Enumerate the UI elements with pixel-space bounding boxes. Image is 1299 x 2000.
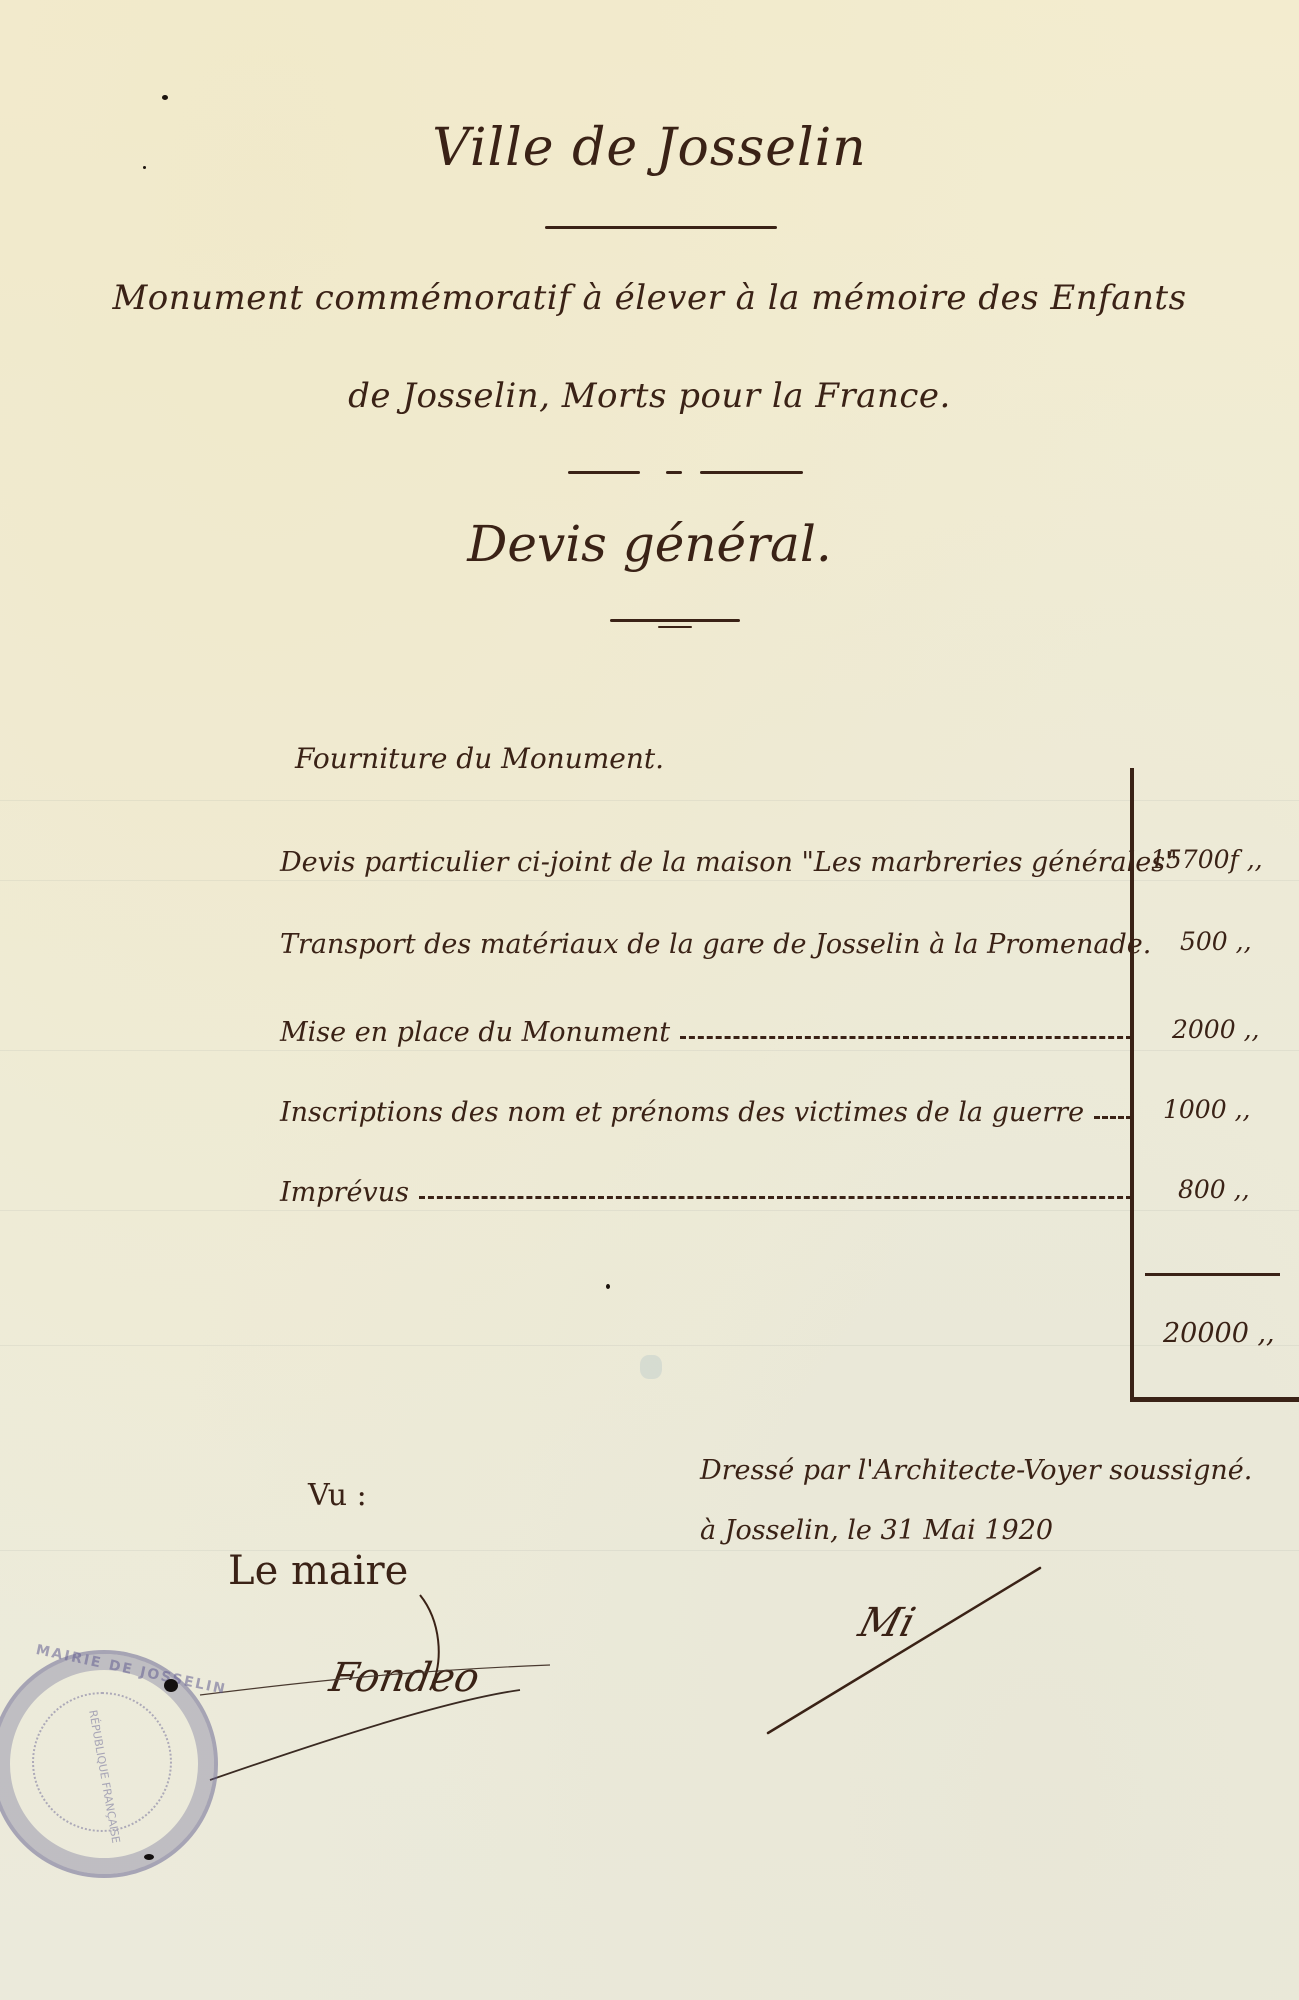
estimate-item: Mise en place du Monument	[280, 1008, 1132, 1048]
mayor-signature: Fondeo	[326, 1655, 483, 1701]
dotted-leader	[419, 1196, 1132, 1199]
stamp-outer-text: MAIRIE DE JOSSELIN	[34, 1642, 228, 1698]
total-rule	[1145, 1273, 1280, 1276]
dotted-leader	[1094, 1116, 1132, 1119]
estimate-item: Inscriptions des nom et prénoms des vict…	[280, 1088, 1132, 1128]
item-amount: 800 ,,	[1178, 1175, 1299, 1204]
title-underline	[545, 226, 777, 229]
paper-ruling	[0, 1345, 1299, 1346]
stamp-ink-blot	[144, 1854, 154, 1860]
place-and-date: à Josselin, le 31 Mai 1920	[700, 1515, 1053, 1546]
paper-ruling	[0, 880, 1299, 881]
mayor-title: Le maire	[228, 1548, 408, 1594]
estimate-item: Transport des matériaux de la gare de Jo…	[280, 920, 1132, 960]
heading-underline-accent	[658, 626, 692, 628]
document-heading: Devis général.	[0, 515, 1299, 573]
item-label: Transport des matériaux de la gare de Jo…	[280, 929, 1151, 960]
item-label: Mise en place du Monument	[280, 1017, 670, 1048]
stamp-ink-blot	[164, 1679, 178, 1692]
paper-ruling	[0, 1050, 1299, 1051]
item-amount: 1000 ,,	[1163, 1095, 1293, 1124]
heading-underline	[610, 619, 740, 622]
faint-stain	[640, 1355, 662, 1379]
item-amount: 500 ,,	[1180, 927, 1299, 956]
dotted-leader	[680, 1036, 1132, 1039]
item-amount: 15700f ,,	[1150, 845, 1280, 874]
item-label: Devis particulier ci-joint de la maison …	[280, 847, 1178, 878]
seen-label: Vu :	[308, 1478, 367, 1513]
table-bottom-rule	[1130, 1397, 1299, 1402]
total-amount: 20000 ,,	[1163, 1318, 1293, 1349]
paper-ruling	[0, 1210, 1299, 1211]
ink-speck	[606, 1284, 610, 1289]
paper-ruling	[0, 800, 1299, 801]
item-amount: 2000 ,,	[1172, 1015, 1299, 1044]
subtitle-line-1: Monument commémoratif à élever à la mémo…	[0, 278, 1299, 318]
subtitle-line-2: de Josselin, Morts pour la France.	[0, 376, 1299, 416]
estimate-item: Devis particulier ci-joint de la maison …	[280, 838, 1132, 878]
item-label: Inscriptions des nom et prénoms des vict…	[280, 1097, 1084, 1128]
document-title: Ville de Josselin	[0, 118, 1299, 178]
item-label: Imprévus	[280, 1177, 409, 1208]
municipal-stamp: MAIRIE DE JOSSELIN RÉPUBLIQUE FRANÇAISE	[0, 1650, 218, 1878]
estimate-item: Imprévus	[280, 1168, 1132, 1208]
architect-signature: Mi	[854, 1600, 920, 1646]
separator-dash-mid	[666, 471, 682, 474]
separator-dash-right	[700, 471, 803, 474]
paper-ruling	[0, 1550, 1299, 1551]
architect-statement: Dressé par l'Architecte-Voyer soussigné.	[700, 1455, 1252, 1486]
section-label: Fourniture du Monument.	[295, 742, 664, 775]
ink-speck	[162, 95, 168, 100]
separator-dash-left	[568, 471, 640, 474]
